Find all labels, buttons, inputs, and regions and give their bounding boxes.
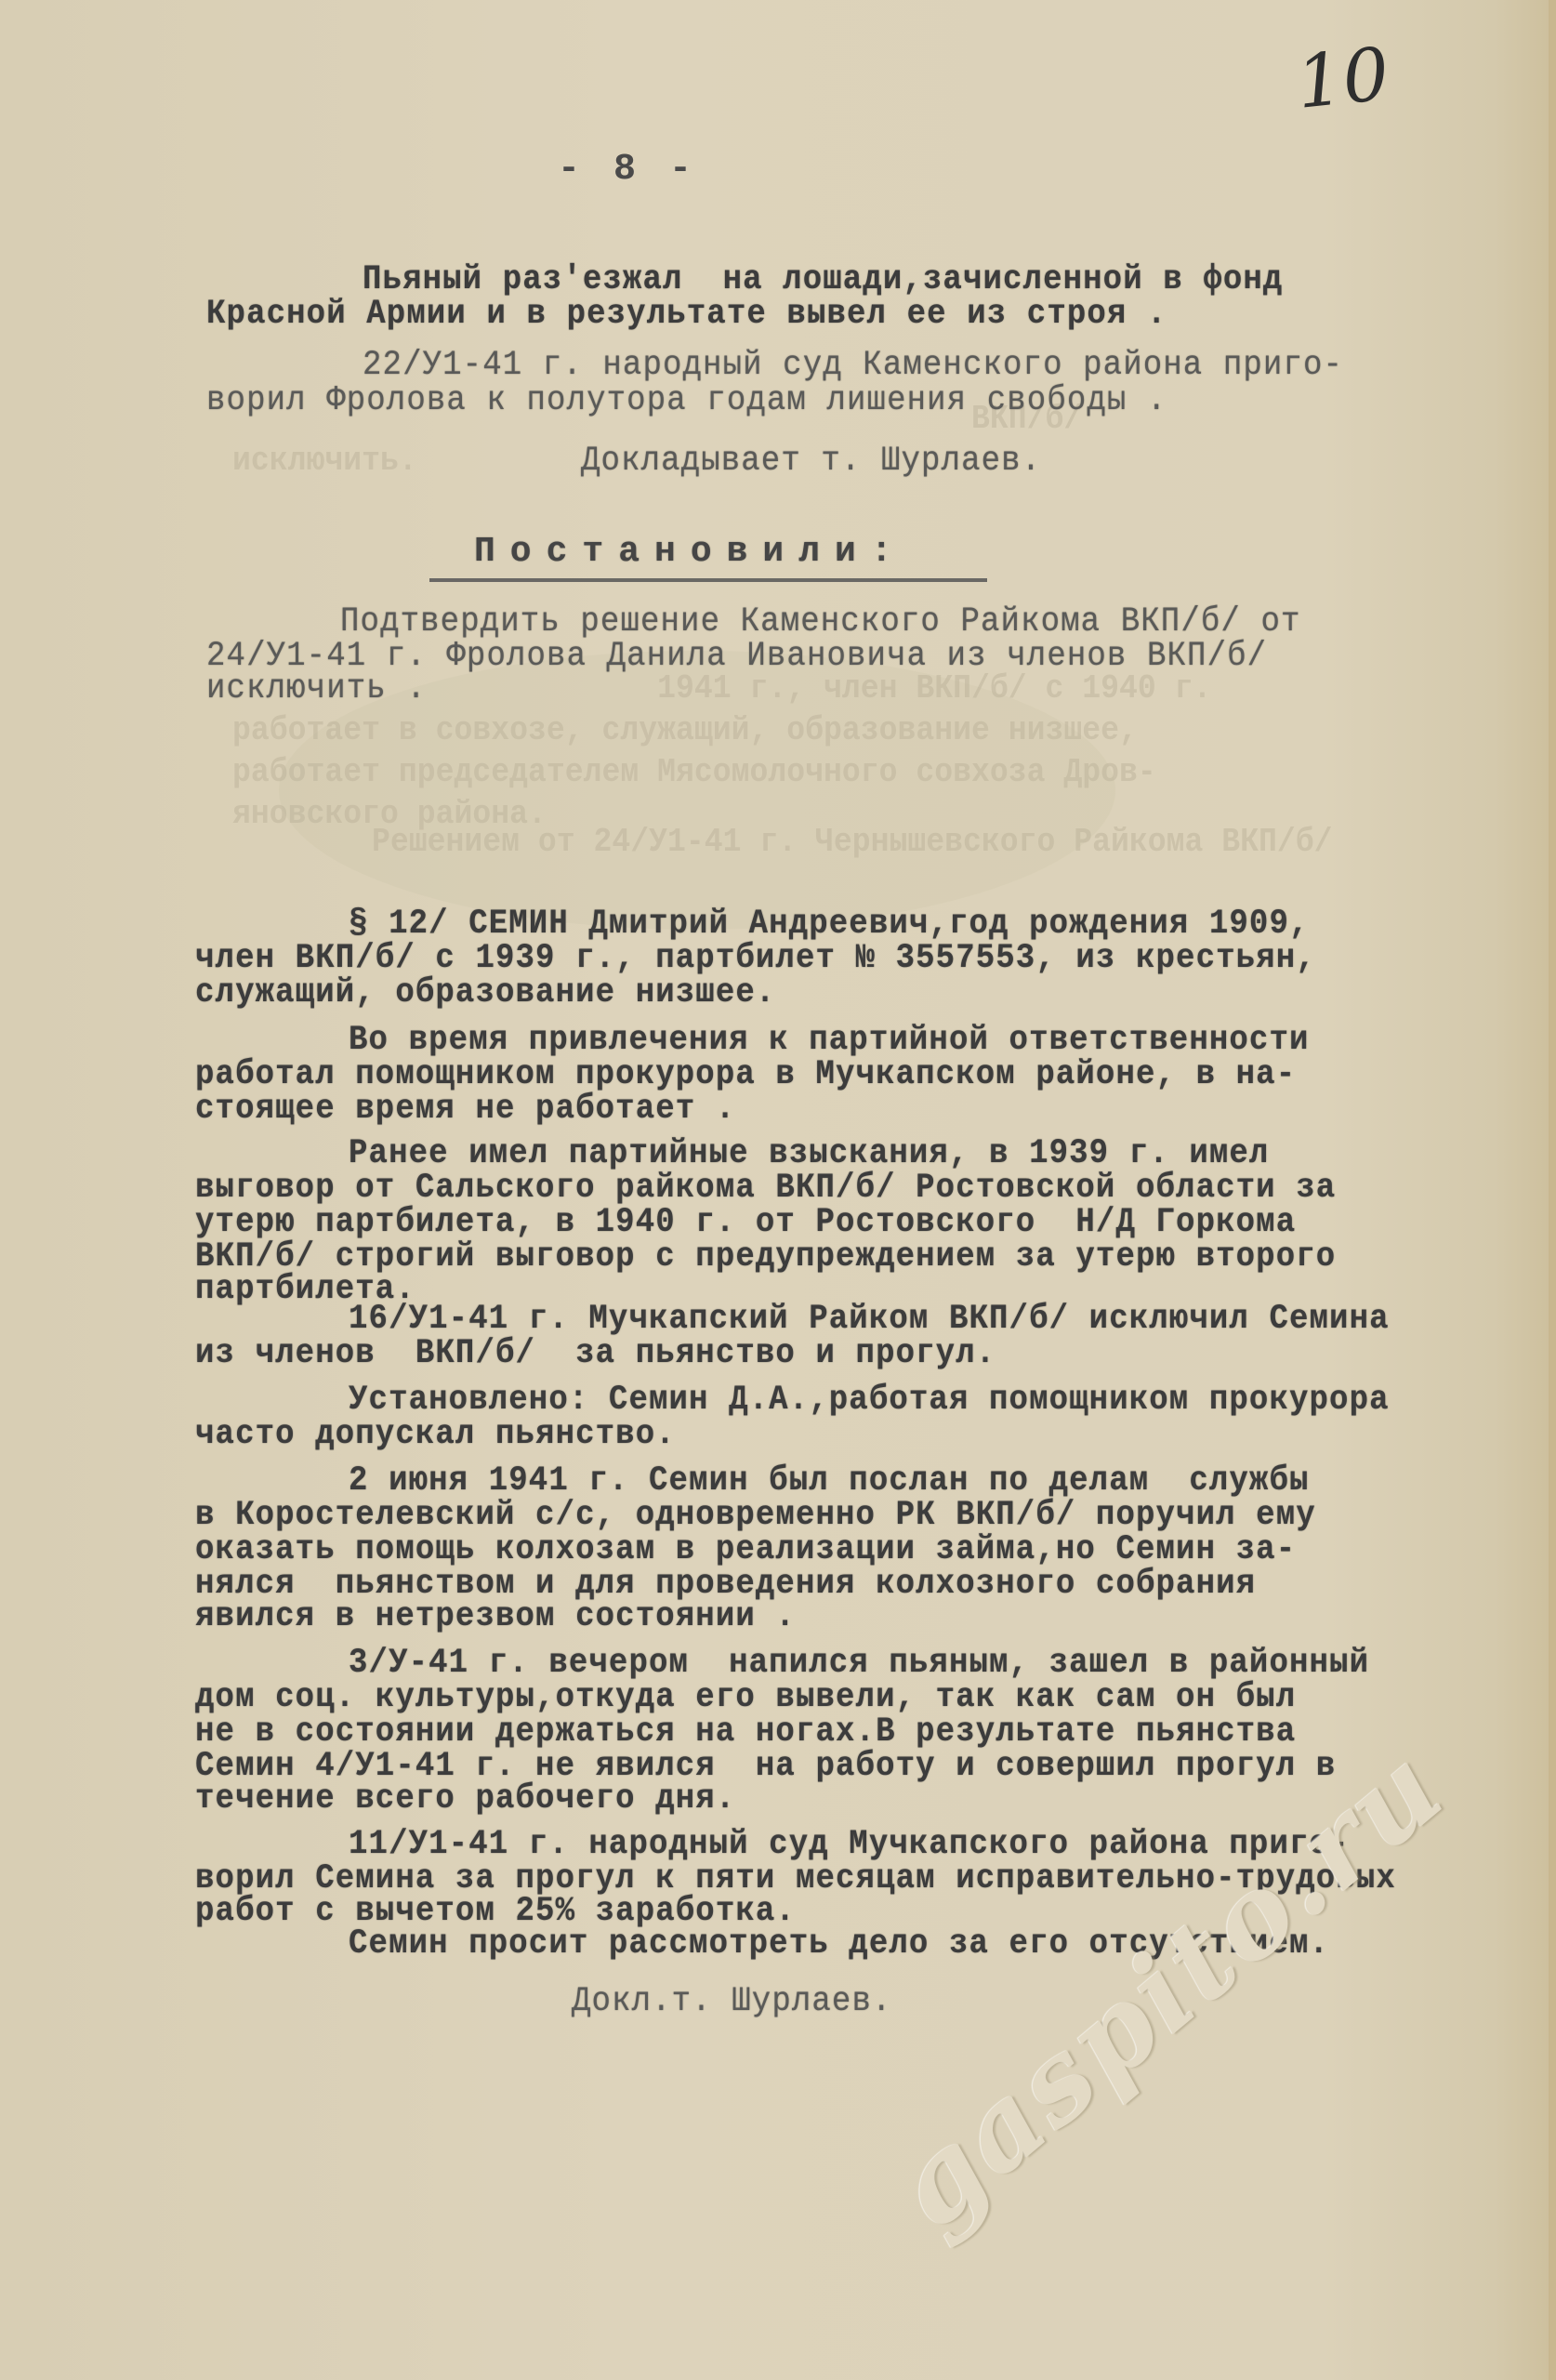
text-line: выговор от Сальского райкома ВКП/б/ Рост… <box>195 1169 1336 1208</box>
text-line: 3/У-41 г. вечером напился пьяным, зашел … <box>349 1644 1369 1683</box>
text-line: утерю партбилета, в 1940 г. от Ростовско… <box>195 1203 1296 1242</box>
text-line: Красной Армии и в результате вывел ее из… <box>206 295 1167 334</box>
text-line: течение всего рабочего дня. <box>195 1779 735 1818</box>
text-line: член ВКП/б/ с 1939 г., партбилет № 35575… <box>195 939 1316 978</box>
text-line: в Коростелевский с/с, одновременно РК ВК… <box>195 1496 1316 1535</box>
rapporteur-line: Докладывает т. Шурлаев. <box>581 442 1041 481</box>
text-line: Пьяный раз'езжал на лошади,зачисленной в… <box>363 260 1283 299</box>
resolution-line: Подтвердить решение Каменского Райкома В… <box>340 602 1301 641</box>
text-line: из членов ВКП/б/ за пьянство и прогул. <box>195 1334 996 1373</box>
text-line: часто допускал пьянство. <box>195 1415 676 1454</box>
paper-edge <box>1549 0 1556 2380</box>
case-header-line: § 12/ СЕМИН Дмитрий Андреевич,год рожден… <box>349 905 1310 944</box>
resolution-line: исключить . <box>206 669 427 708</box>
text-line: ворил Фролова к полутора годам лишения с… <box>206 381 1167 420</box>
rapporteur-line: Докл.т. Шурлаев. <box>572 1982 892 2021</box>
text-line: Во время привлечения к партийной ответст… <box>349 1021 1310 1060</box>
text-line: 16/У1-41 г. Мучкапский Райком ВКП/б/ иск… <box>349 1300 1390 1339</box>
watermark: gaspito.ru <box>869 1721 1470 2254</box>
document-page: ВКП/б/ исключить. 1941 г., член ВКП/б/ с… <box>0 0 1556 2380</box>
heading-underline <box>429 578 987 582</box>
text-line: оказать помощь колхозам в реализации зай… <box>195 1530 1296 1569</box>
text-line: работал помощником прокурора в Мучкапско… <box>195 1055 1296 1094</box>
text-line: служащий, образование низшее. <box>195 973 775 1012</box>
page-number: - 8 - <box>558 149 697 191</box>
text-line: 11/У1-41 г. народный суд Мучкапского рай… <box>349 1825 1350 1864</box>
handwritten-folio-number: 10 <box>1293 33 1393 126</box>
text-line: 2 июня 1941 г. Семин был послан по делам… <box>349 1461 1310 1501</box>
text-line: не в состоянии держаться на ногах.В резу… <box>195 1712 1296 1752</box>
text-line: Ранее имел партийные взыскания, в 1939 г… <box>349 1134 1269 1173</box>
text-line: дом соц. культуры,откуда его вывели, так… <box>195 1678 1296 1717</box>
resolution-heading: Постановили: <box>474 532 907 572</box>
text-line: Установлено: Семин Д.А.,работая помощник… <box>349 1381 1390 1420</box>
text-line: 22/У1-41 г. народный суд Каменского райо… <box>363 346 1343 385</box>
text-line: стоящее время не работает . <box>195 1090 735 1129</box>
text-line: явился в нетрезвом состоянии . <box>195 1597 796 1636</box>
